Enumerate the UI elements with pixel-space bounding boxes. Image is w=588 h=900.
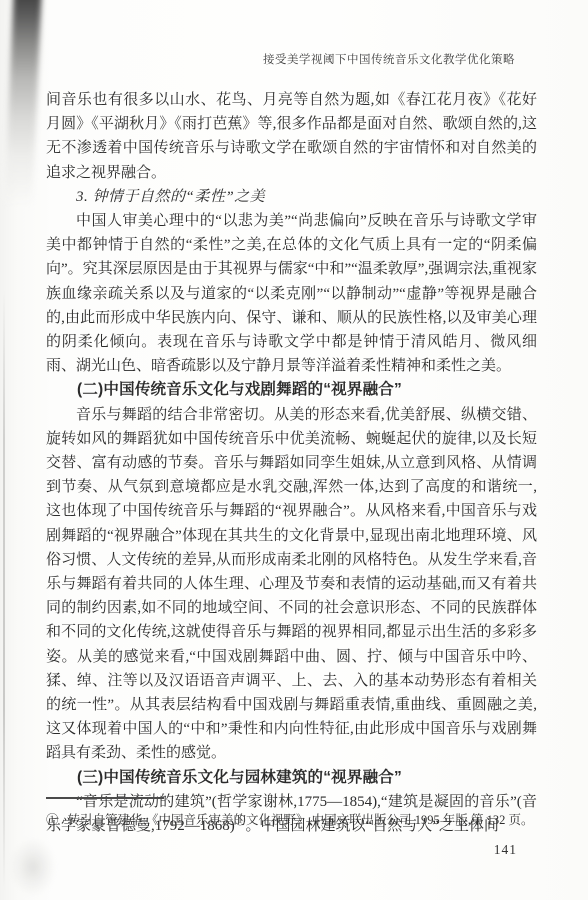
main-text-block: 间音乐也有很多以山水、花鸟、月亮等自然为题,如《春江花月夜》《花好月圆》《平湖秋…	[46, 88, 537, 838]
book-page: 接受美学视阈下中国传统音乐文化教学优化策略 间音乐也有很多以山水、花鸟、月亮等自…	[0, 0, 588, 900]
scan-corner-shadow	[4, 0, 41, 207]
body-paragraph-aesthetic-psychology: 中国人审美心理中的“以悲为美”“尚悲偏向”反映在音乐与诗歌文学审美中都钟情于自然…	[46, 209, 537, 378]
subheading-rou-xing-beauty: 3. 钟情于自然的“柔性”之美	[46, 185, 537, 209]
footnote-marker: ①	[46, 813, 59, 827]
section-heading-music-garden-architecture: (三)中国传统音乐文化与园林建筑的“视界融合”	[46, 766, 537, 790]
scan-page-edge-line	[3, 290, 5, 890]
body-paragraph-continuation: 间音乐也有很多以山水、花鸟、月亮等自然为题,如《春江花月夜》《花好月圆》《平湖秋…	[46, 88, 537, 185]
footnote: ①转引自管建华:《中国音乐审美的文化视野》,中国文联出版公司 1995 年版,第…	[46, 811, 551, 830]
footnote-divider-rule	[46, 797, 164, 799]
running-head: 接受美学视阈下中国传统音乐文化教学优化策略	[0, 51, 515, 67]
section-heading-music-drama-dance: (二)中国传统音乐文化与戏剧舞蹈的“视界融合”	[46, 378, 537, 402]
body-paragraph-music-and-dance: 音乐与舞蹈的结合非常密切。从美的形态来看,优美舒展、纵横交错、旋转如风的舞蹈犹如…	[46, 403, 537, 766]
page-number: 141	[0, 842, 517, 858]
footnote-text: 转引自管建华:《中国音乐审美的文化视野》,中国文联出版公司 1995 年版,第 …	[68, 813, 534, 827]
